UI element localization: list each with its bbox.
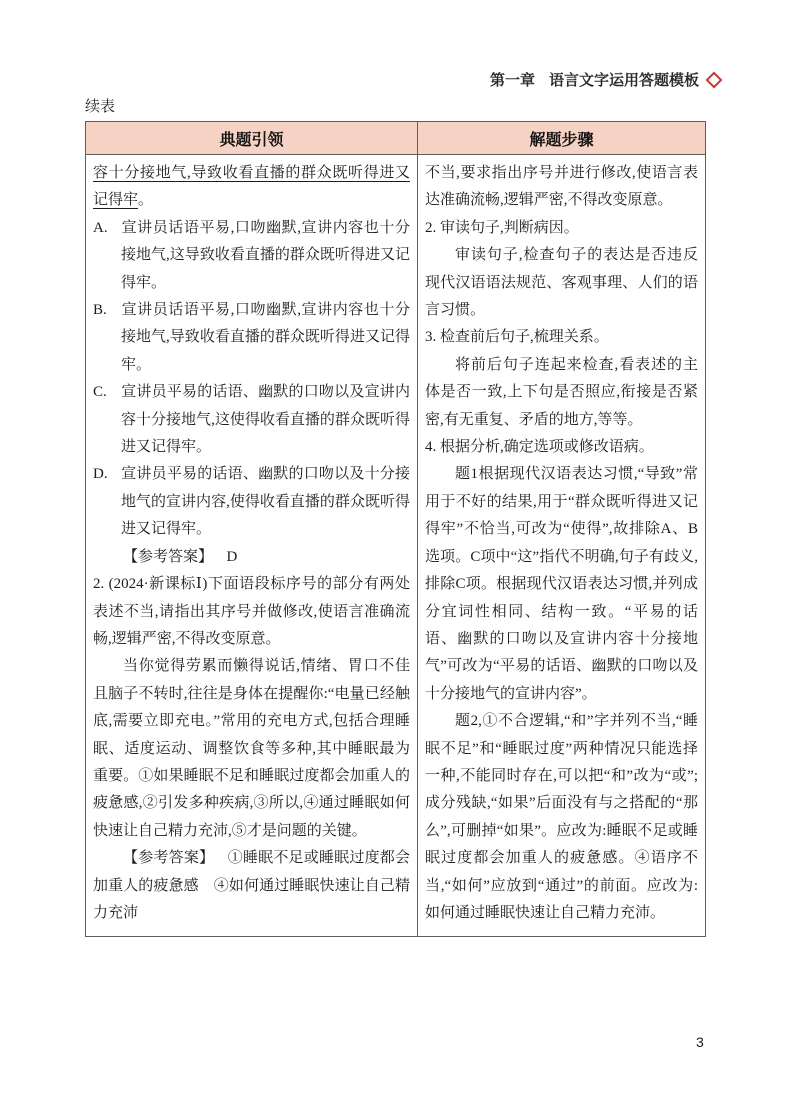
option-a: A.宣讲员话语平易,口吻幽默,宣讲内容也十分接地气,这导致收看直播的群众既听得进… <box>93 215 410 297</box>
table-header-row: 典题引领 解题步骤 <box>86 122 706 155</box>
reference-answer-1: 【参考答案】D <box>93 544 410 571</box>
option-c: C.宣讲员平易的话语、幽默的口吻以及宣讲内容十分接地气,这使得收看直播的群众既听… <box>93 379 410 461</box>
page-number: 3 <box>696 1034 704 1050</box>
column-header-example: 典题引领 <box>86 122 418 155</box>
chapter-number: 第一章 <box>490 69 535 90</box>
reference-answer-label: 【参考答案】 <box>123 549 213 565</box>
chapter-header: 第一章 语言文字运用答题模板 <box>490 69 720 90</box>
question-continuation-underlined: 容十分接地气,导致收看直播的群众既听得进又记得牢。 <box>93 160 410 215</box>
example-cell: 容十分接地气,导致收看直播的群众既听得进又记得牢。 A.宣讲员话语平易,口吻幽默… <box>86 155 418 937</box>
diamond-icon <box>706 71 723 88</box>
option-d: D.宣讲员平易的话语、幽默的口吻以及十分接地气的宣讲内容,使得收看直播的群众既听… <box>93 461 410 543</box>
reference-answer-2: 【参考答案】①睡眠不足或睡眠过度都会加重人的疲惫感 ④如何通过睡眠快速让自己精力… <box>93 845 410 927</box>
step-2-title: 2. 审读句子,判断病因。 <box>425 215 698 242</box>
analysis-question-2: 题2,①不合逻辑,“和”字并列不当,“睡眠不足”和“睡眠过度”两种情况只能选择一… <box>425 708 698 927</box>
step-3-title: 3. 检查前后句子,梳理关系。 <box>425 324 698 351</box>
steps-cell: 不当,要求指出序号并进行修改,使语言表达准确流畅,逻辑严密,不得改变原意。 2.… <box>418 155 706 937</box>
column-header-steps: 解题步骤 <box>418 122 706 155</box>
question-2: 2. (2024·新课标Ⅰ)下面语段标序号的部分有两处表述不当,请指出其序号并做… <box>93 571 410 653</box>
table-body-row: 容十分接地气,导致收看直播的群众既听得进又记得牢。 A.宣讲员话语平易,口吻幽默… <box>86 155 706 937</box>
step-3-detail: 将前后句子连起来检查,看表述的主体是否一致,上下句是否照应,衔接是否紧密,有无重… <box>425 352 698 434</box>
chapter-title: 语言文字运用答题模板 <box>549 69 699 90</box>
reference-answer-label: 【参考答案】 <box>123 850 214 866</box>
step-2-detail: 审读句子,检查句子的表达是否违反现代汉语语法规范、客观事理、人们的语言习惯。 <box>425 242 698 324</box>
analysis-question-1: 题1根据现代汉语表达习惯,“导致”常用于不好的结果,用于“群众既听得进又记得牢”… <box>425 461 698 708</box>
continued-table-label: 续表 <box>85 95 115 116</box>
option-b: B.宣讲员话语平易,口吻幽默,宣讲内容也十分接地气,导致收看直播的群众既听得进又… <box>93 297 410 379</box>
answer-template-table: 典题引领 解题步骤 容十分接地气,导致收看直播的群众既听得进又记得牢。 A.宣讲… <box>85 121 706 937</box>
steps-continuation: 不当,要求指出序号并进行修改,使语言表达准确流畅,逻辑严密,不得改变原意。 <box>425 160 698 215</box>
step-4-title: 4. 根据分析,确定选项或修改语病。 <box>425 434 698 461</box>
reference-answer-value: D <box>227 549 238 565</box>
question-2-passage: 当你觉得劳累而懒得说话,情绪、胃口不佳且脑子不转时,往往是身体在提醒你:“电量已… <box>93 653 410 845</box>
